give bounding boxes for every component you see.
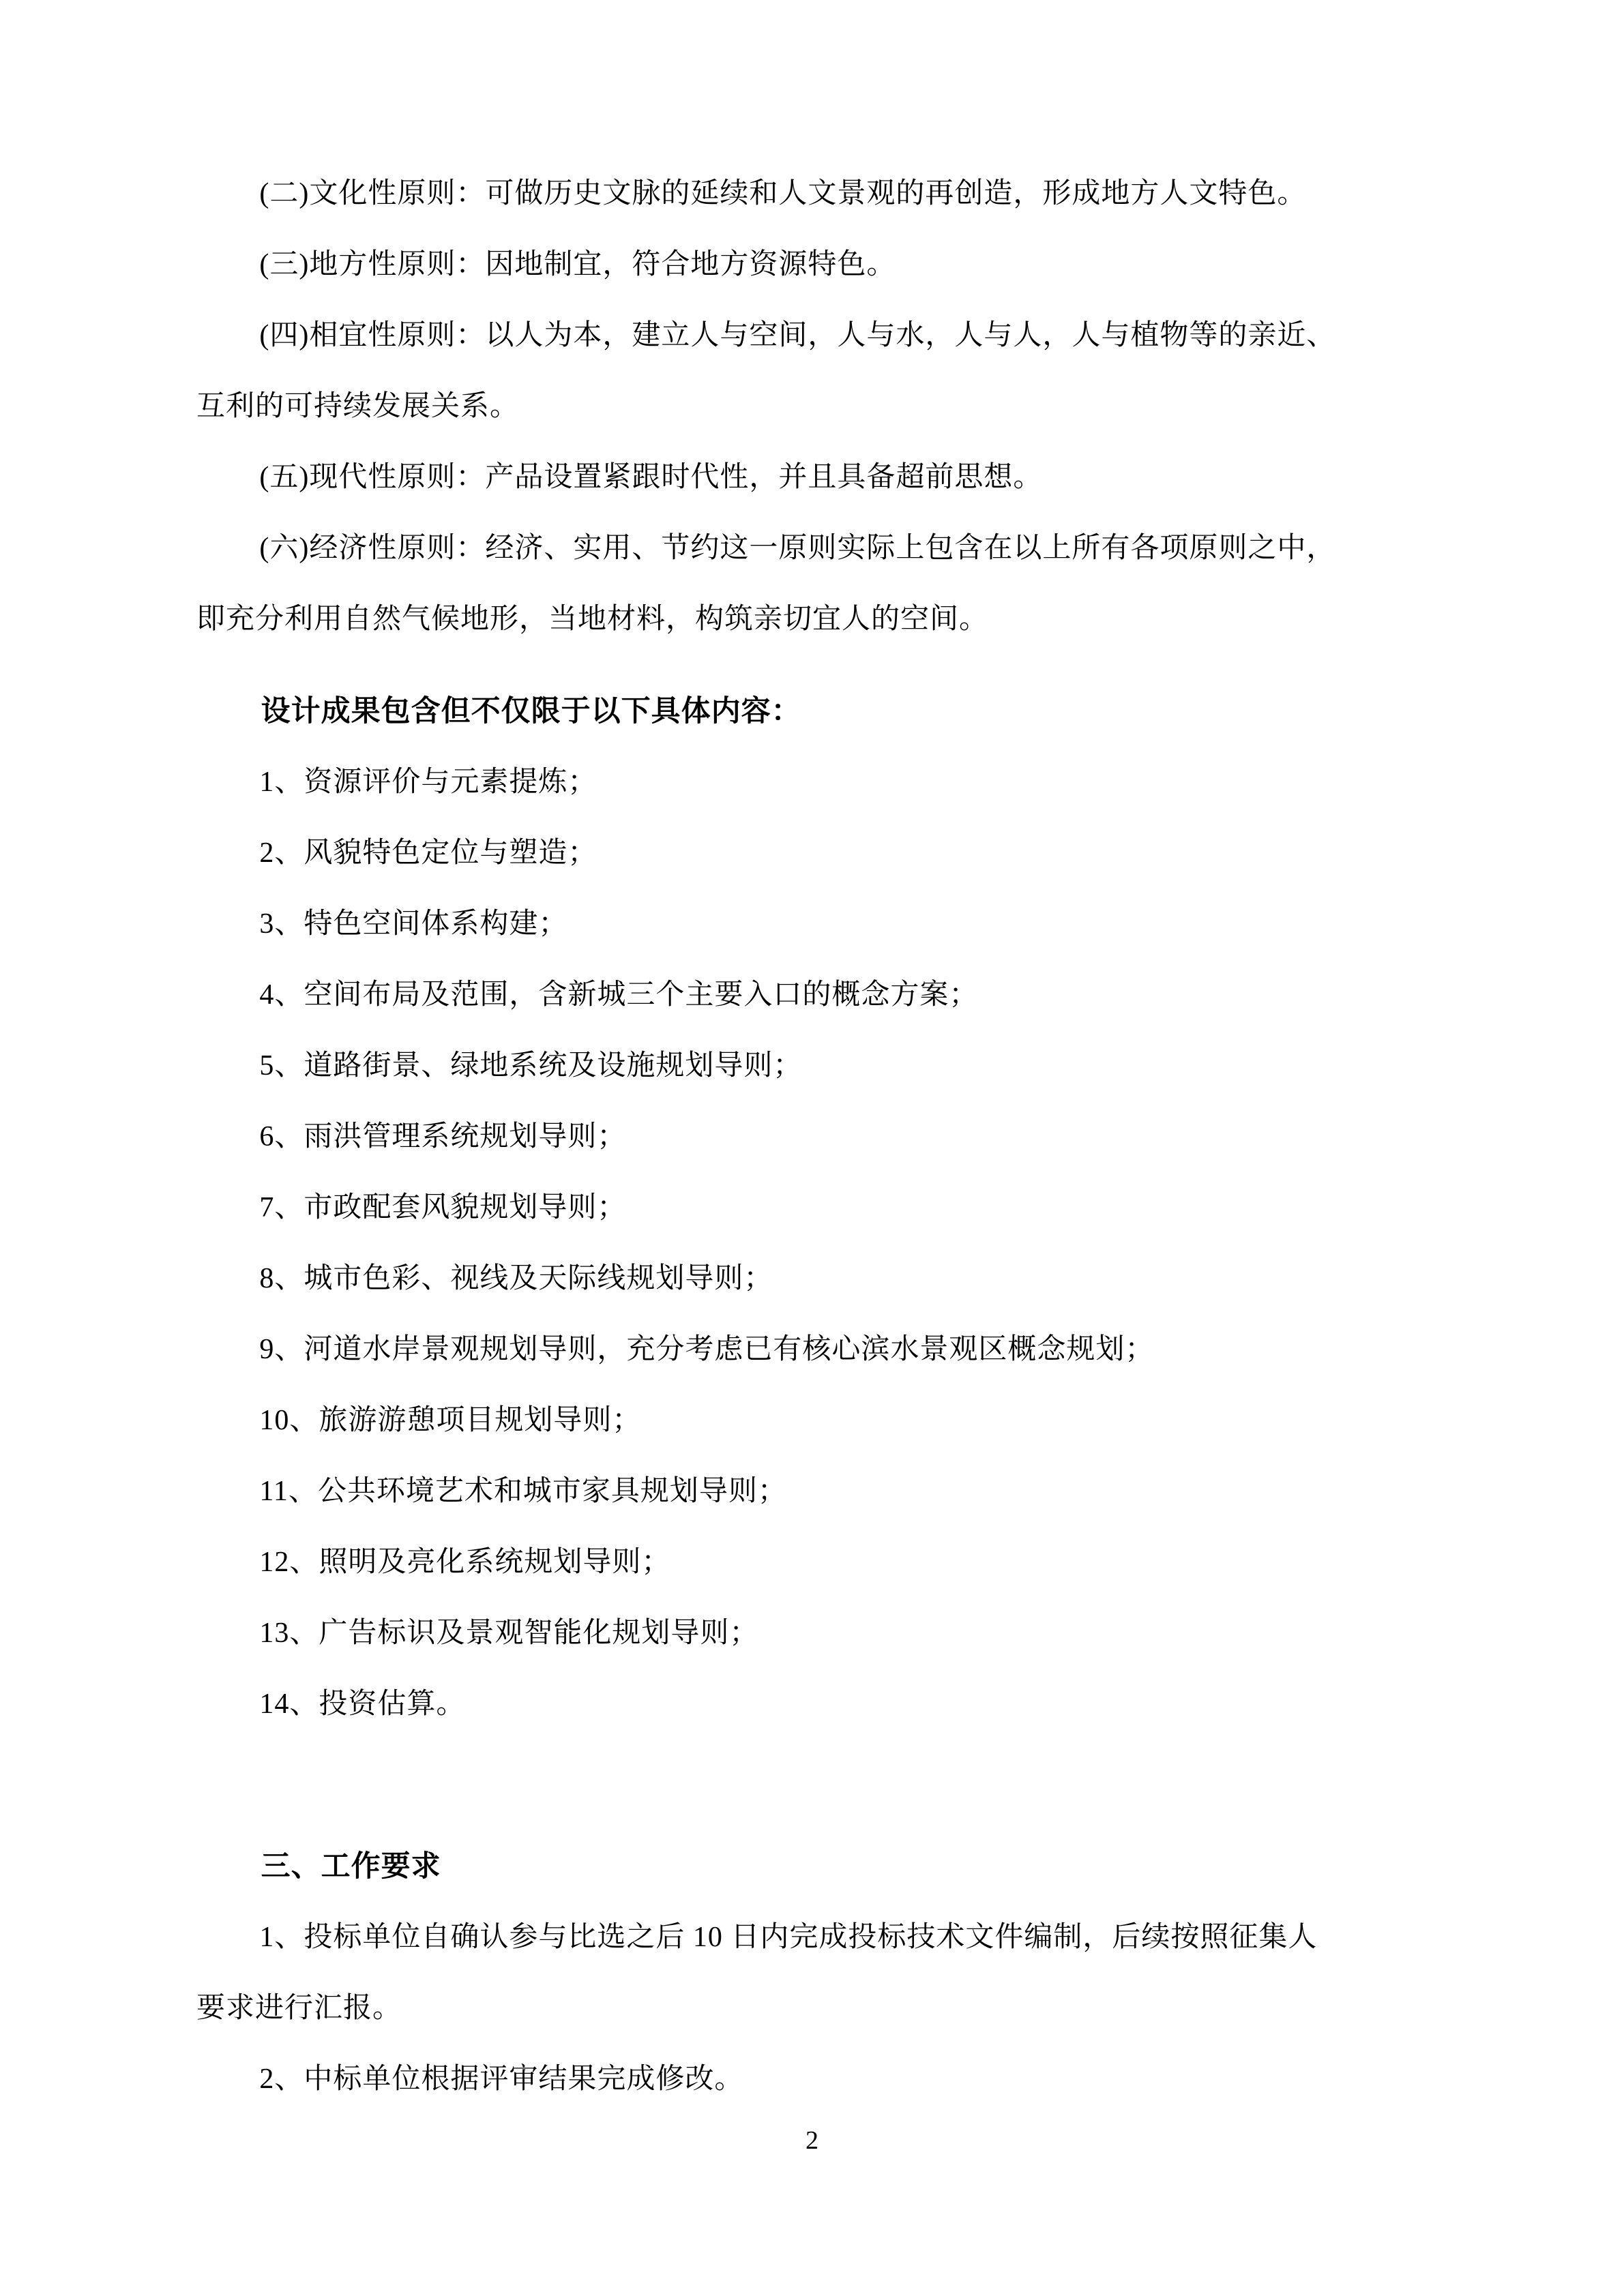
- deliverable-item: 5、道路街景、绿地系统及设施规划导则；: [196, 1030, 1434, 1101]
- principle-paragraph: (二)文化性原则：可做历史文脉的延续和人文景观的再创造，形成地方人文特色。: [196, 158, 1434, 229]
- deliverable-item: 1、资源评价与元素提炼；: [196, 747, 1434, 818]
- deliverable-item: 8、城市色彩、视线及天际线规划导则；: [196, 1243, 1434, 1314]
- work-item: 1、投标单位自确认参与比选之后 10 日内完成投标技术文件编制，后续按照征集人: [196, 1902, 1434, 1973]
- principle-paragraph-continuation: 互利的可持续发展关系。: [196, 371, 1434, 442]
- principle-paragraph: (五)现代性原则：产品设置紧跟时代性，并且具备超前思想。: [196, 442, 1434, 513]
- work-requirements-heading: 三、工作要求: [196, 1831, 1434, 1902]
- page-number: 2: [0, 2125, 1624, 2156]
- deliverable-item: 6、雨洪管理系统规划导则；: [196, 1101, 1434, 1172]
- deliverable-item: 13、广告标识及景观智能化规划导则；: [196, 1598, 1434, 1669]
- principle-paragraph: (三)地方性原则：因地制宜，符合地方资源特色。: [196, 229, 1434, 300]
- deliverables-heading: 设计成果包含但不仅限于以下具体内容：: [196, 676, 1434, 747]
- deliverable-item: 9、河道水岸景观规划导则，充分考虑已有核心滨水景观区概念规划；: [196, 1314, 1434, 1385]
- deliverable-item: 3、特色空间体系构建；: [196, 889, 1434, 959]
- deliverable-item: 4、空间布局及范围，含新城三个主要入口的概念方案；: [196, 959, 1434, 1030]
- page-body-text: (二)文化性原则：可做历史文脉的延续和人文景观的再创造，形成地方人文特色。 (三…: [196, 158, 1434, 2115]
- deliverable-item: 7、市政配套风貌规划导则；: [196, 1172, 1434, 1243]
- principle-paragraph: (四)相宜性原则：以人为本，建立人与空间，人与水，人与人，人与植物等的亲近、: [196, 300, 1434, 371]
- principle-paragraph: (六)经济性原则：经济、实用、节约这一原则实际上包含在以上所有各项原则之中，: [196, 513, 1434, 584]
- deliverable-item: 11、公共环境艺术和城市家具规划导则；: [196, 1456, 1434, 1527]
- work-item-continuation: 要求进行汇报。: [196, 1973, 1434, 2044]
- deliverable-item: 2、风貌特色定位与塑造；: [196, 818, 1434, 889]
- document-page: (二)文化性原则：可做历史文脉的延续和人文景观的再创造，形成地方人文特色。 (三…: [0, 0, 1624, 2296]
- deliverable-item: 12、照明及亮化系统规划导则；: [196, 1527, 1434, 1598]
- work-item: 2、中标单位根据评审结果完成修改。: [196, 2044, 1434, 2115]
- principle-paragraph-continuation: 即充分利用自然气候地形，当地材料，构筑亲切宜人的空间。: [196, 584, 1434, 655]
- deliverable-item: 10、旅游游憩项目规划导则；: [196, 1385, 1434, 1456]
- deliverable-item: 14、投资估算。: [196, 1669, 1434, 1740]
